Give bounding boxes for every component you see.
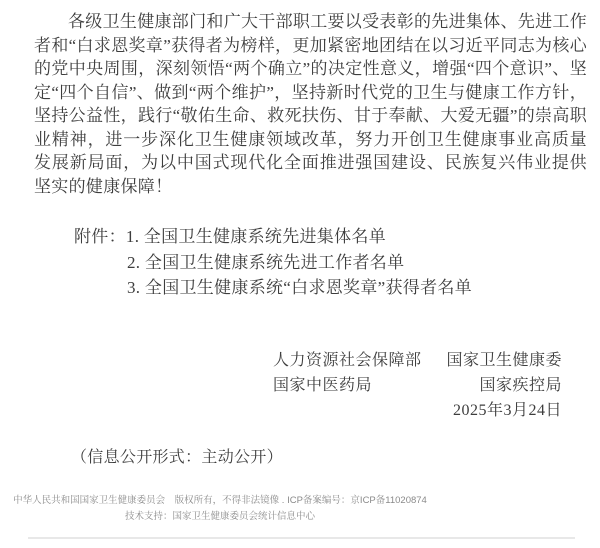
disclosure-note: （信息公开形式：主动公开）	[71, 444, 283, 467]
attachments-block: 附件：1. 全国卫生健康系统先进集体名单 2. 全国卫生健康系统先进工作者名单 …	[74, 224, 472, 301]
document-page: 各级卫生健康部门和广大干部职工要以受表彰的先进集体、先进工作者和“白求恩奖章”获…	[0, 0, 600, 548]
site-footer: 中华人民共和国国家卫生健康委员会 版权所有，不得非法镜像 . ICP备案编号：京…	[0, 493, 440, 524]
footer-copyright-line: 中华人民共和国国家卫生健康委员会 版权所有，不得非法镜像 . ICP备案编号：京…	[0, 493, 440, 509]
signature-row-date: 2025年3月24日	[273, 398, 562, 423]
footer-tech-support-line: 技术支持：国家卫生健康委员会统计信息中心	[0, 509, 440, 525]
attachment-item-1: 1. 全国卫生健康系统先进集体名单	[126, 227, 386, 246]
bottom-divider	[28, 537, 575, 539]
signature-row-1: 人力资源社会保障部 国家卫生健康委	[273, 348, 562, 373]
document-date: 2025年3月24日	[453, 398, 562, 423]
signer-ministry-hr-social-security: 人力资源社会保障部	[273, 348, 422, 373]
announcement-paragraph: 各级卫生健康部门和广大干部职工要以受表彰的先进集体、先进工作者和“白求恩奖章”获…	[34, 10, 587, 198]
attachment-line-1: 附件：1. 全国卫生健康系统先进集体名单	[74, 224, 472, 250]
attachments-label: 附件：	[74, 224, 126, 250]
signer-national-health-commission: 国家卫生健康委	[446, 348, 562, 373]
signer-tcm-administration: 国家中医药局	[273, 373, 372, 398]
signature-row-2: 国家中医药局 国家疾控局	[273, 373, 562, 398]
signer-disease-control-administration: 国家疾控局	[479, 373, 562, 398]
signature-block: 人力资源社会保障部 国家卫生健康委 国家中医药局 国家疾控局 2025年3月24…	[273, 348, 562, 423]
attachment-item-3: 3. 全国卫生健康系统“白求恩奖章”获得者名单	[127, 275, 472, 301]
attachment-item-2: 2. 全国卫生健康系统先进工作者名单	[127, 250, 472, 276]
